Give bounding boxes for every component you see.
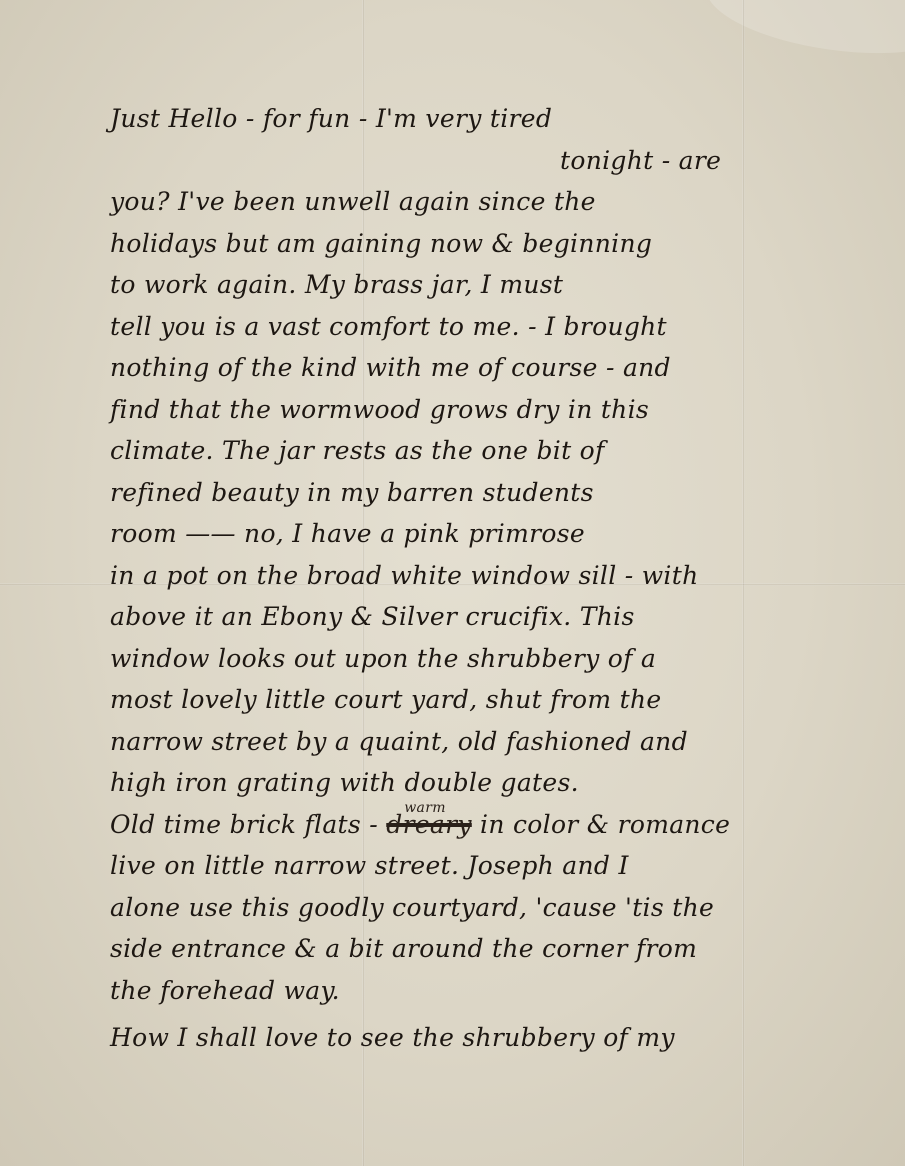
letter-line: tell you is a vast comfort to me. - I br…: [110, 306, 840, 348]
letter-line: live on little narrow street. Joseph and…: [110, 845, 840, 887]
letter-line: in a pot on the broad white window sill …: [110, 555, 840, 597]
line-text: Old time brick flats -: [110, 810, 378, 839]
letter-line: the forehead way.: [110, 970, 840, 1012]
letter-line: you? I've been unwell again since the: [110, 181, 840, 223]
paper-shading: [700, 0, 905, 68]
letter-line: narrow street by a quaint, old fashioned…: [110, 721, 840, 763]
letter-line: room —— no, I have a pink primrose: [110, 513, 840, 555]
letter-line: side entrance & a bit around the corner …: [110, 928, 840, 970]
letter-line-with-correction: Old time brick flats - warm dreary in co…: [110, 804, 840, 846]
letter-line: above it an Ebony & Silver crucifix. Thi…: [110, 596, 840, 638]
letter-line: Just Hello - for fun - I'm very tired: [110, 98, 840, 140]
line-text-continued: in color & romance: [480, 810, 730, 839]
inserted-word: warm: [404, 788, 446, 830]
letter-line: window looks out upon the shrubbery of a: [110, 638, 840, 680]
letter-page: Just Hello - for fun - I'm very tired to…: [0, 0, 905, 1166]
letter-line: tonight - are: [110, 140, 840, 182]
letter-line: climate. The jar rests as the one bit of: [110, 430, 840, 472]
letter-line: holidays but am gaining now & beginning: [110, 223, 840, 265]
letter-line: most lovely little court yard, shut from…: [110, 679, 840, 721]
letter-line: nothing of the kind with me of course - …: [110, 347, 840, 389]
letter-line: to work again. My brass jar, I must: [110, 264, 840, 306]
letter-body: Just Hello - for fun - I'm very tired to…: [110, 98, 840, 1059]
letter-line: How I shall love to see the shrubbery of…: [110, 1017, 840, 1059]
letter-line: refined beauty in my barren students: [110, 472, 840, 514]
letter-line: alone use this goodly courtyard, 'cause …: [110, 887, 840, 929]
letter-line: find that the wormwood grows dry in this: [110, 389, 840, 431]
letter-line: high iron grating with double gates.: [110, 762, 840, 804]
